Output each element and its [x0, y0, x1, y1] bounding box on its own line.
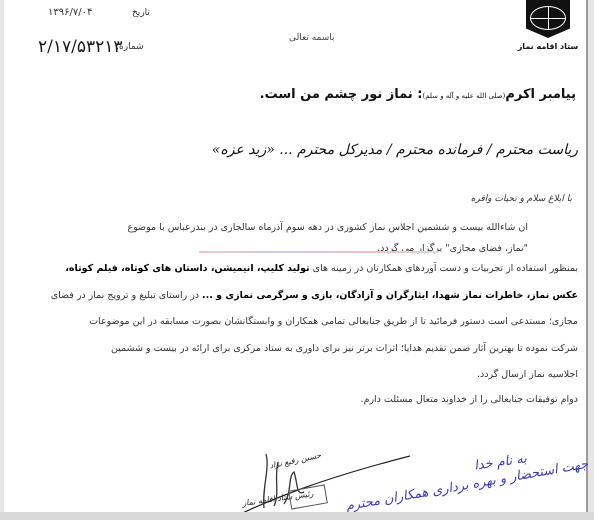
body-line-6: شرکت نموده تا بهترین آثار ضمن تقدیم هدای…: [111, 343, 578, 354]
letter-number: ۲/۱۷/۵۳۲۱۳: [38, 37, 123, 57]
salutation: ریاست محترم / فرمانده محترم / مدیرکل محت…: [212, 142, 578, 158]
strike-mark: [199, 251, 439, 253]
hadith-heading: پیامبر اکرم(صلی الله علیه و آله و سلم): …: [260, 87, 576, 102]
date-value: ۱۳۹۶/۷/۰۴: [48, 7, 92, 18]
body-line-1: ان شاءالله بیست و ششمین اجلاس نماز کشوری…: [127, 222, 528, 233]
globe-icon: [530, 6, 566, 30]
hadith-honorific: (صلی الله علیه و آله و سلم): [422, 92, 505, 100]
date-label: تاریخ: [132, 8, 150, 18]
body-line-4: عکس نماز، خاطرات نماز شهدا، ایثارگران و …: [51, 290, 578, 301]
closing-line: دوام توفیقات جنابعالی را از خداوند متعال…: [361, 394, 578, 405]
body-line-3: بمنظور استفاده از تجربیات و دست آوردهای …: [65, 263, 578, 274]
scan-bottom-edge: [0, 512, 594, 520]
signature-scribble-icon: [234, 448, 414, 518]
hadith-quote: : نماز نور چشم من است.: [260, 87, 423, 102]
organization-logo: ستاد اقامه نماز: [516, 0, 580, 56]
hadith-prefix: پیامبر اکرم: [505, 87, 576, 102]
body-line-5: مجازی؛ مستدعی است دستور فرمائید تا از طر…: [89, 316, 578, 327]
bismillah: باسمه تعالی: [289, 33, 335, 43]
body-line-7: اجلاسیه نماز ارسال گردد.: [477, 369, 578, 380]
organization-name: ستاد اقامه نماز: [516, 42, 580, 51]
greeting: با ابلاغ سلام و تحیات وافره: [471, 194, 572, 204]
letter-page: تاریخ ۱۳۹۶/۷/۰۴ شماره: ۲/۱۷/۵۳۲۱۳ باسمه …: [4, 0, 588, 512]
